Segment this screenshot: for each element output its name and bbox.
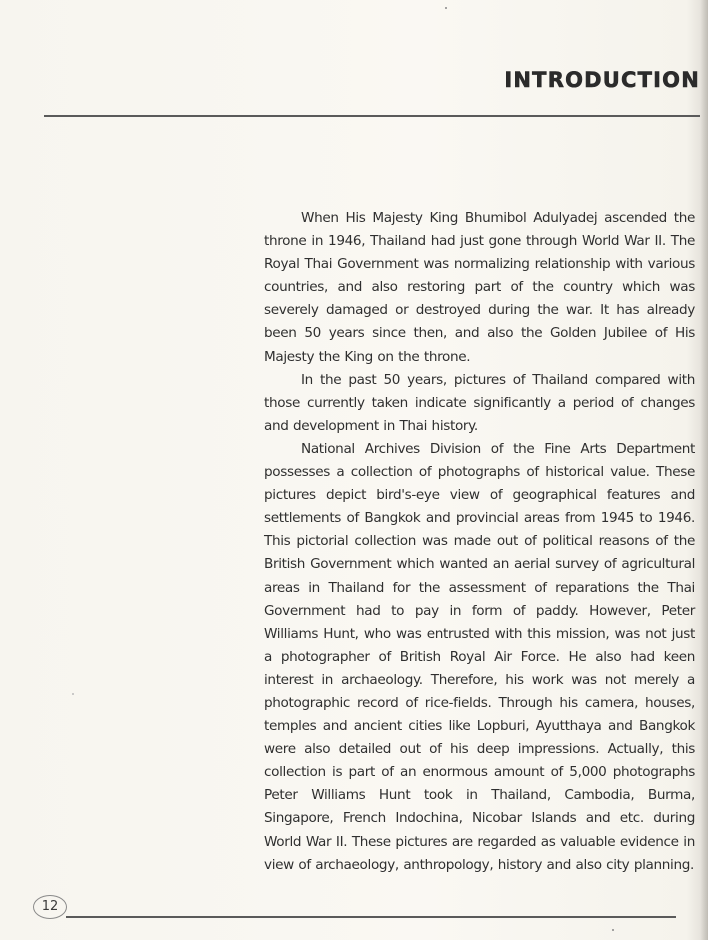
- footer-divider: [66, 916, 676, 918]
- page-number: 12: [33, 895, 67, 919]
- page-title: INTRODUCTION: [504, 68, 700, 92]
- spine-shadow: [700, 0, 708, 940]
- paper-speck: [445, 7, 447, 9]
- paper-speck: [612, 929, 614, 931]
- paragraph: National Archives Division of the Fine A…: [264, 438, 695, 877]
- paragraph: When His Majesty King Bhumibol Adulyadej…: [264, 207, 695, 369]
- body-text: When His Majesty King Bhumibol Adulyadej…: [264, 207, 695, 877]
- paper-speck: [72, 693, 74, 695]
- paragraph: In the past 50 years, pictures of Thaila…: [264, 369, 695, 438]
- title-divider: [44, 115, 700, 117]
- book-page: INTRODUCTION When His Majesty King Bhumi…: [0, 0, 708, 940]
